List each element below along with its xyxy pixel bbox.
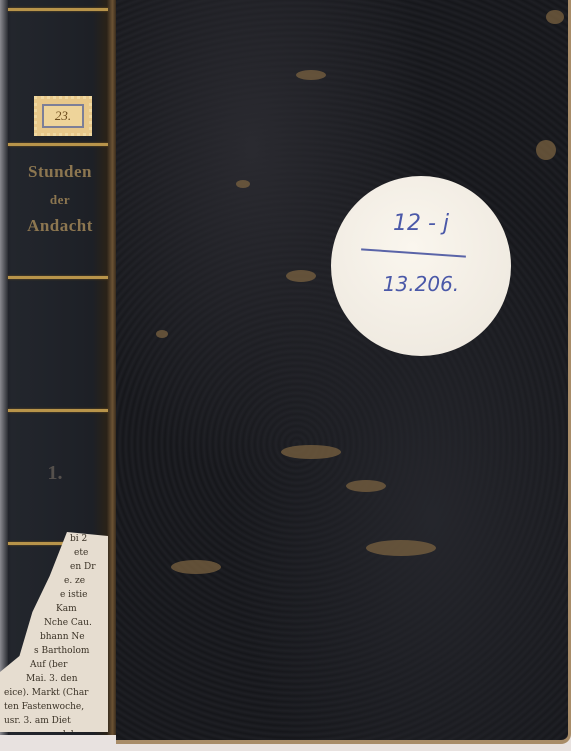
gold-rule [8, 276, 108, 279]
wear-spot [156, 330, 168, 338]
wear-spot [366, 540, 436, 556]
newspaper-line: eice). Markt (Char [0, 686, 108, 700]
newspaper-line: e istie [0, 588, 108, 602]
newspaper-line: dch [0, 728, 108, 732]
sticker-divider [361, 248, 466, 257]
wear-spot [286, 270, 316, 282]
gold-rule [8, 143, 108, 146]
shelf-label: 23. [34, 96, 92, 136]
newspaper-line: Mai. 3. den [0, 672, 108, 686]
newspaper-fragment: bi 2 ete en Dr e. ze e istie Kam Nche Ca… [0, 532, 108, 732]
newspaper-line: bhann Ne [0, 630, 108, 644]
newspaper-line: Nche Cau. [0, 616, 108, 630]
gold-rule [8, 542, 68, 545]
wear-spot [346, 480, 386, 492]
spine-title-line3: Andacht [10, 216, 110, 236]
wear-spot [281, 445, 341, 459]
front-cover [116, 0, 571, 744]
spine-title-line1: Stunden [10, 162, 110, 182]
wear-spot [236, 180, 250, 188]
newspaper-line: Kam [0, 602, 108, 616]
newspaper-line: usr. 3. am Diet [0, 714, 108, 728]
wear-spot [171, 560, 221, 574]
sticker-top-text: 12 - j [331, 211, 511, 236]
newspaper-line: Auf (ber [0, 658, 108, 672]
newspaper-line: s Bartholom [0, 644, 108, 658]
book-photo: 23. Stunden der Andacht 1. bi 2 ete en D… [0, 0, 571, 740]
spine-title-line2: der [10, 192, 110, 208]
wear-spot [296, 70, 326, 80]
gold-rule [8, 409, 108, 412]
newspaper-line: en Dr [0, 560, 108, 574]
library-sticker: 12 - j 13.206. [331, 176, 511, 356]
newspaper-line: e. ze [0, 574, 108, 588]
volume-number: 1. [40, 462, 70, 485]
gold-rule [8, 8, 108, 11]
newspaper-line: ete [0, 546, 108, 560]
wear-spot [536, 140, 556, 160]
book-spine: 23. Stunden der Andacht 1. bi 2 ete en D… [0, 0, 118, 735]
sticker-bottom-text: 13.206. [331, 272, 511, 296]
spine-edge [0, 0, 8, 735]
newspaper-line: ten Fastenwoche, [0, 700, 108, 714]
shelf-label-number: 23. [42, 104, 84, 128]
wear-spot [546, 10, 564, 24]
